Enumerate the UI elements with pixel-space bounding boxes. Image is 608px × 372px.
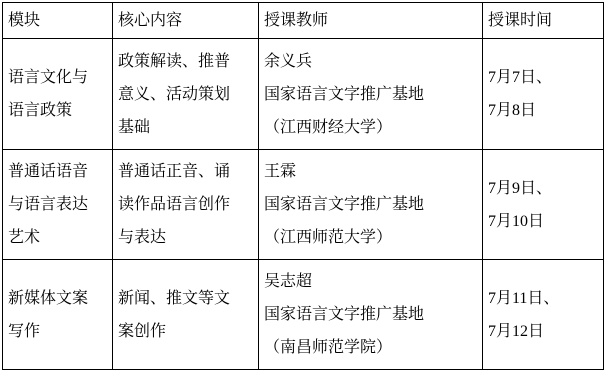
header-cell-teacher: 授课教师 [259,3,483,39]
cell-content: 政策解读、推普 意义、活动策划 基础 [113,39,259,150]
cell-content: 普通话正音、诵 读作品语言创作 与表达 [113,150,259,260]
content-line: 新闻、推文等文 [118,282,256,315]
cell-content: 新闻、推文等文 案创作 [113,260,259,370]
module-line: 写作 [8,315,110,348]
teacher-school-line: （江西财经大学） [264,111,480,144]
cell-teacher: 余义兵 国家语言文字推广基地 （江西财经大学） [259,39,483,150]
time-line: 7月9日、 [488,172,601,205]
header-cell-module: 模块 [3,3,113,39]
time-line: 7月7日、 [488,61,601,94]
time-line: 7月11日、 [488,282,601,315]
time-line: 7月10日 [488,205,601,238]
module-line: 与语言表达 [8,188,110,221]
teacher-name-line: 余义兵 [264,45,480,78]
module-line: 语言政策 [8,94,110,127]
header-row: 模块 核心内容 授课教师 授课时间 [3,3,604,39]
teacher-name-line: 吴志超 [264,265,480,298]
content-line: 意义、活动策划 [118,78,256,111]
course-schedule-table: 模块 核心内容 授课教师 授课时间 语言文化与 语言政策 政策解读、推普 意义、… [2,2,604,370]
cell-teacher: 吴志超 国家语言文字推广基地 （南昌师范学院） [259,260,483,370]
teacher-school-line: （江西师范大学） [264,221,480,254]
header-cell-content: 核心内容 [113,3,259,39]
cell-teacher: 王霖 国家语言文字推广基地 （江西师范大学） [259,150,483,260]
cell-time: 7月11日、 7月12日 [483,260,604,370]
table-row: 普通话语音 与语言表达 艺术 普通话正音、诵 读作品语言创作 与表达 王霖 国家… [3,150,604,260]
teacher-org-line: 国家语言文字推广基地 [264,188,480,221]
module-line: 新媒体文案 [8,282,110,315]
teacher-org-line: 国家语言文字推广基地 [264,78,480,111]
module-line: 语言文化与 [8,61,110,94]
content-line: 案创作 [118,315,256,348]
table-row: 新媒体文案 写作 新闻、推文等文 案创作 吴志超 国家语言文字推广基地 （南昌师… [3,260,604,370]
content-line: 基础 [118,111,256,144]
module-line: 普通话语音 [8,155,110,188]
cell-time: 7月9日、 7月10日 [483,150,604,260]
content-line: 普通话正音、诵 [118,155,256,188]
table-row: 语言文化与 语言政策 政策解读、推普 意义、活动策划 基础 余义兵 国家语言文字… [3,39,604,150]
cell-time: 7月7日、 7月8日 [483,39,604,150]
time-line: 7月8日 [488,94,601,127]
teacher-name-line: 王霖 [264,155,480,188]
content-line: 与表达 [118,221,256,254]
time-line: 7月12日 [488,315,601,348]
cell-module: 语言文化与 语言政策 [3,39,113,150]
cell-module: 普通话语音 与语言表达 艺术 [3,150,113,260]
module-line: 艺术 [8,221,110,254]
cell-module: 新媒体文案 写作 [3,260,113,370]
document-page: 模块 核心内容 授课教师 授课时间 语言文化与 语言政策 政策解读、推普 意义、… [0,0,608,372]
content-line: 政策解读、推普 [118,45,256,78]
teacher-school-line: （南昌师范学院） [264,331,480,364]
teacher-org-line: 国家语言文字推广基地 [264,298,480,331]
header-cell-time: 授课时间 [483,3,604,39]
content-line: 读作品语言创作 [118,188,256,221]
